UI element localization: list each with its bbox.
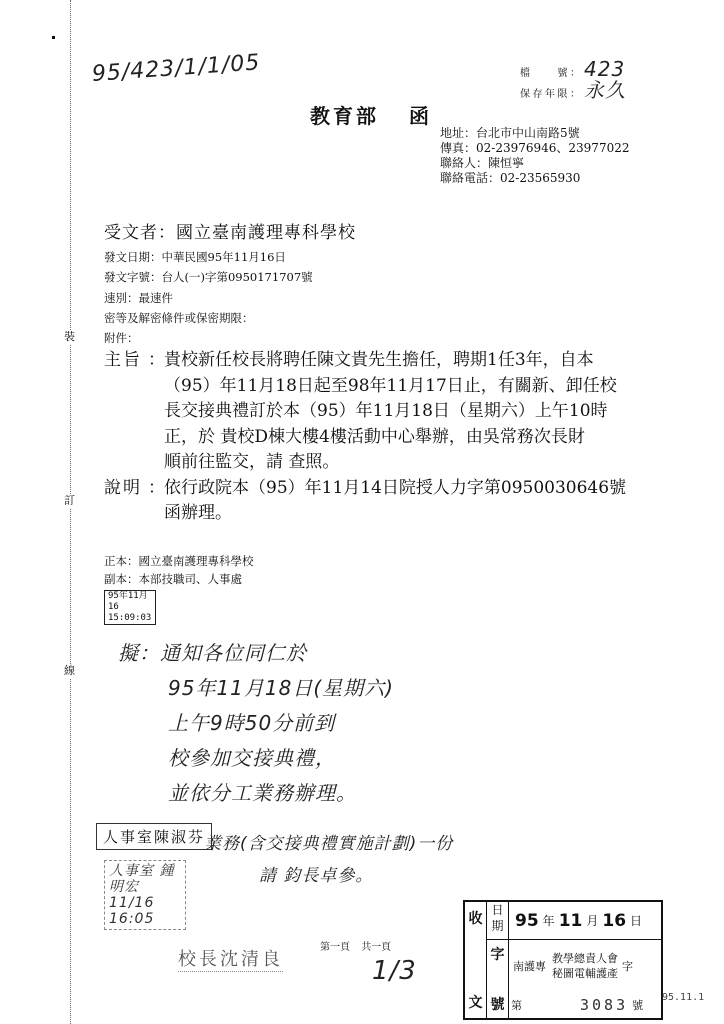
margin-mark-zhuang: 裝 (64, 330, 75, 344)
file-no-label: 檔 號： (520, 67, 580, 81)
original-recipient: 正本：國立臺南護理專科學校 (104, 552, 254, 570)
subject-line: 正，於 貴校D棟大樓4樓活動中心舉辦，由吳常務次長財 (164, 425, 664, 451)
margin-mark-xian: 線 (64, 664, 75, 678)
handwritten-note-2: 業務(含交接典禮實施計劃)一份 請 鈞長卓參。 (204, 828, 453, 892)
explanation-line: 函辦理。 (164, 501, 664, 527)
handwritten-line: 請 鈞長卓參。 (204, 860, 453, 892)
subject-section: 主旨： 貴校新任校長將聘任陳文貴先生擔任，聘期1任3年，自本 （95）年11月1… (104, 348, 684, 476)
document-title: 教育部函 (310, 100, 432, 129)
contact-person: 聯絡人：陳恒寧 (440, 156, 629, 171)
fax: 傳真：02-23976946、23977022 (440, 141, 629, 156)
urgency: 速別：最速件 (104, 288, 313, 308)
doc-number: 發文字號：台人(一)字第0950171707號 (104, 267, 313, 287)
handwritten-line: 並依分工業務辦理。 (118, 776, 394, 811)
handwritten-line: 上午9時50分前到 (118, 706, 394, 741)
margin-mark-ding: 訂 (64, 494, 75, 508)
handwritten-line: 擬：通知各位同仁於 (118, 636, 394, 671)
retention-label: 保存年限： (520, 88, 580, 102)
confidentiality: 密等及解密條件或保密期限： (104, 308, 313, 328)
attachment: 附件： (104, 328, 313, 348)
contact-phone: 聯絡電話：02-23565930 (440, 171, 629, 186)
document-meta: 發文日期：中華民國95年11月16日 發文字號：台人(一)字第095017170… (104, 247, 313, 348)
file-number-handwritten: 95/423/1/1/05 (91, 50, 261, 87)
recipient: 受文者：國立臺南護理專科學校 (104, 218, 356, 243)
receipt-zi: 南護專 教學總責人會 秘圖電輔護產 字 (509, 940, 661, 992)
retention-value: 永久 (584, 81, 626, 99)
personnel-dept-seal: 人事室 鍾明宏 11/16 16:05 (104, 860, 186, 930)
handwritten-line: 95年11月18日(星期六) (118, 671, 394, 706)
copy-recipient: 副本：本部技職司、人事處 (104, 570, 254, 588)
binding-line (70, 0, 71, 1024)
subject-line: 長交接典禮訂於本（95）年11月18日（星期六）上午10時 (164, 399, 664, 425)
handwritten-note: 擬：通知各位同仁於 95年11月18日(星期六) 上午9時50分前到 校參加交接… (118, 636, 394, 811)
receipt-date: 95年 11月 16日 (509, 902, 661, 940)
timestamp-time: 15:09:03 (108, 613, 152, 624)
personnel-seal: 人事室陳淑芬 (96, 823, 212, 850)
explanation-label: 說明 (104, 476, 148, 527)
subject-line: （95）年11月18日起至98年11月17日止，有關新、卸任校 (164, 374, 664, 400)
contact-info: 地址：台北市中山南路5號 傳真：02-23976946、23977022 聯絡人… (440, 126, 629, 186)
personnel-dept-name: 人事室 鍾明宏 (109, 863, 181, 895)
issuing-org: 教育部 (310, 104, 379, 128)
page-total: 共一頁 (361, 942, 391, 953)
handwritten-line: 業務(含交接典禮實施計劃)一份 (204, 828, 453, 860)
subject-line: 貴校新任校長將聘任陳文貴先生擔任，聘期1任3年，自本 (164, 348, 664, 374)
page-number: 第一頁 (320, 942, 350, 953)
timestamp-stamp: 95年11月16 15:09:03 (104, 590, 156, 625)
archive-info: 檔 號：423 保存年限：永久 (520, 60, 626, 102)
receipt-number-value: 3083 (580, 996, 628, 1014)
issue-date: 發文日期：中華民國95年11月16日 (104, 247, 313, 267)
timestamp-date: 95年11月16 (108, 591, 152, 613)
address: 地址：台北市中山南路5號 (440, 126, 629, 141)
explanation-section: 說明： 依行政院本（95）年11月14日院授人力字第0950030646號 函辦… (104, 476, 684, 527)
personnel-sign-date: 11/16 16:05 (109, 895, 181, 927)
principal-seal: 校長沈清良 (178, 945, 283, 972)
explanation-line: 依行政院本（95）年11月14日院授人力字第0950030646號 (164, 476, 664, 502)
page-info: 第一頁 共一頁 (320, 938, 391, 953)
document-type: 函 (409, 104, 432, 128)
handwritten-line: 校參加交接典禮， (118, 741, 394, 776)
scan-speck (52, 36, 55, 39)
receipt-stamp: 收 文 日期 95年 11月 16日 字 號 南護專 教學總責人會 秘圖電輔護產… (463, 900, 663, 1020)
page-handwritten: 1/3 (372, 956, 417, 986)
file-no-value: 423 (584, 60, 625, 78)
receipt-label: 收 文 (465, 902, 487, 1018)
document-body: 主旨： 貴校新任校長將聘任陳文貴先生擔任，聘期1任3年，自本 （95）年11月1… (104, 348, 684, 527)
subject-line: 順前往監交，請 查照。 (164, 450, 664, 476)
receipt-date-label: 日期 (487, 902, 509, 940)
receipt-zihao-label: 字 號 (487, 940, 509, 1018)
receipt-extra-stamp: 95.11.1 (662, 992, 704, 1003)
receipt-number: 第 3083 號 (509, 992, 661, 1018)
distribution: 正本：國立臺南護理專科學校 副本：本部技職司、人事處 (104, 552, 254, 588)
subject-label: 主旨 (104, 348, 148, 476)
